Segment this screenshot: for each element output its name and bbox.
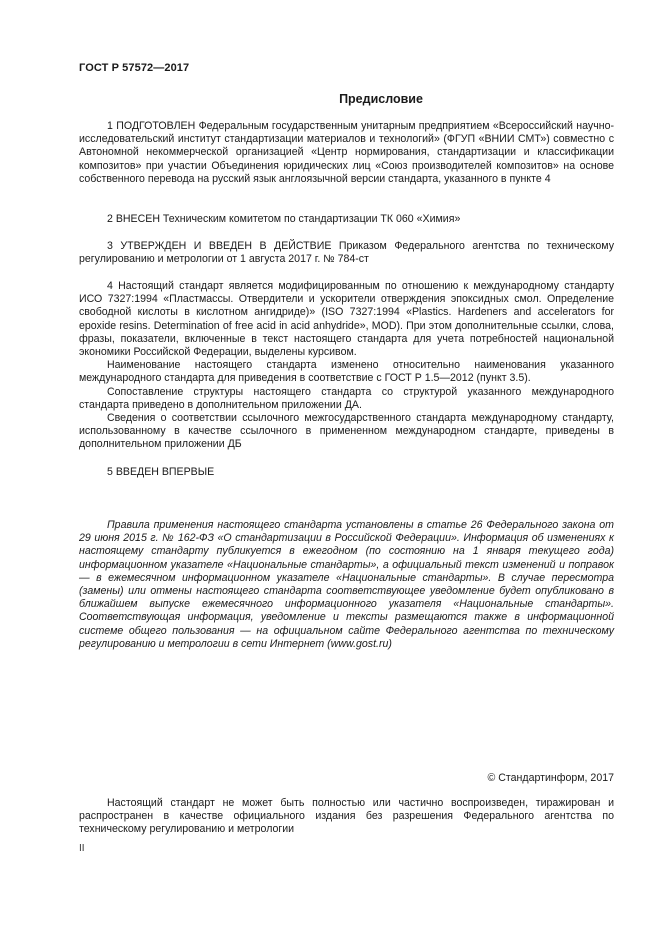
page-number: II xyxy=(79,843,85,854)
section-1: 1 ПОДГОТОВЛЕН Федеральным государственны… xyxy=(79,120,614,186)
section-4-paragraph-2: Наименование настоящего стандарта измене… xyxy=(79,359,614,385)
section-2: 2 ВНЕСЕН Техническим комитетом по станда… xyxy=(79,213,614,226)
reproduction-notice: Настоящий стандарт не может быть полност… xyxy=(79,797,614,837)
rules-notice: Правила применения настоящего стандарта … xyxy=(79,519,614,651)
page-title: Предисловие xyxy=(79,92,613,106)
section-3: 3 УТВЕРЖДЕН И ВВЕДЕН В ДЕЙСТВИЕ Приказом… xyxy=(79,240,614,266)
section-3-text: 3 УТВЕРЖДЕН И ВВЕДЕН В ДЕЙСТВИЕ Приказом… xyxy=(79,240,614,266)
reproduction-notice-text: Настоящий стандарт не может быть полност… xyxy=(79,797,614,837)
section-4: 4 Настоящий стандарт является модифициро… xyxy=(79,280,614,452)
section-4-paragraph-3: Сопоставление структуры настоящего станд… xyxy=(79,386,614,412)
section-2-text: 2 ВНЕСЕН Техническим комитетом по станда… xyxy=(79,213,614,226)
copyright-notice: © Стандартинформ, 2017 xyxy=(79,772,614,784)
section-4-paragraph-4: Сведения о соответствии ссылочного межго… xyxy=(79,412,614,452)
section-5: 5 ВВЕДЕН ВПЕРВЫЕ xyxy=(79,466,614,479)
section-5-text: 5 ВВЕДЕН ВПЕРВЫЕ xyxy=(79,466,614,479)
section-4-paragraph-1: 4 Настоящий стандарт является модифициро… xyxy=(79,280,614,359)
rules-notice-text: Правила применения настоящего стандарта … xyxy=(79,519,614,651)
standard-code-header: ГОСТ Р 57572—2017 xyxy=(79,62,189,74)
document-page: ГОСТ Р 57572—2017 Предисловие 1 ПОДГОТОВ… xyxy=(0,0,661,935)
section-1-text: 1 ПОДГОТОВЛЕН Федеральным государственны… xyxy=(79,120,614,186)
